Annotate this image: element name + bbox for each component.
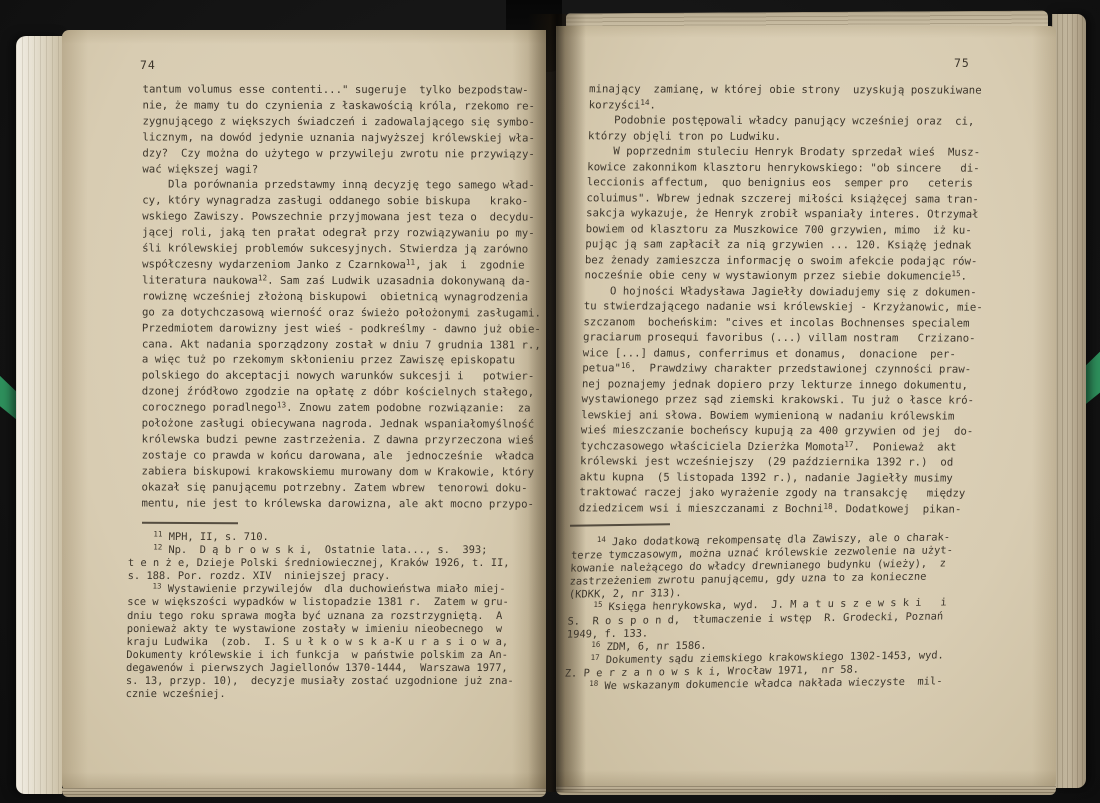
text-line: tychczasowego właściciela Dzierżka Momot… <box>580 438 979 455</box>
text-line: tantum volumus esse contenti..." sugeruj… <box>143 81 542 98</box>
text-line: zygnującego z większych świadczeń i zado… <box>142 113 541 130</box>
text-line: sakcja wykazuje, że Henryk zrobił wspani… <box>586 205 985 222</box>
text-line: dniu tego roku sprawa mogła być uznana z… <box>127 610 515 623</box>
text-line: królewska budzi pewne zastrzeżenia. Z da… <box>142 431 541 448</box>
text-line: literatura naukowa12. Sam zaś Ludwik uza… <box>142 272 541 289</box>
text-line: pując ją sam zapłacił za nią grzywien ..… <box>585 236 984 253</box>
text-line: zabiera biskupowi krakowskiemu murowany … <box>142 463 541 480</box>
text-line: którzy objęli tron po Ludwiku. <box>588 128 987 145</box>
text-line: tu stwierdzającego nadanie wsi królewski… <box>584 298 983 315</box>
text-line: licznym, na dowód jedynie uznania najwyż… <box>142 129 541 146</box>
text-line: korzyści14. <box>589 97 988 114</box>
text-line: jącej roli, jaką ten prałat odegrał przy… <box>142 225 541 242</box>
text-line: Dokumenty królewskie i ich funkcja w pań… <box>126 649 514 662</box>
right-page-body-text: minający zamianę, w której obie strony u… <box>579 81 989 516</box>
left-page-body-text: tantum volumus esse contenti..." sugeruj… <box>141 81 541 512</box>
text-line: sce w większości wypadków w listopadzie … <box>127 596 515 609</box>
text-line: położone zasługi obiecywana nagroda. Jed… <box>142 416 541 433</box>
text-line: zostaje co prawda w końcu darowana, ale … <box>142 447 541 464</box>
text-line: 11 MPH, II, s. 710. <box>128 531 516 544</box>
text-line: petua"16. Prawdziwy charakter przedstawi… <box>582 360 981 377</box>
text-line: śli królewskiej problemów sukcesyjnych. … <box>142 241 541 258</box>
left-page-edge-stack <box>16 36 62 794</box>
text-line: graciarum prosequi favoribus (...) villa… <box>583 329 982 346</box>
text-line: Dla porównania przedstawmy inną decyzję … <box>142 177 541 194</box>
text-line: cznie wcześniej. <box>126 688 514 701</box>
text-line: współczesny wydarzeniom Janko z Czarnkow… <box>142 256 541 273</box>
right-page-edge-stack <box>1052 14 1086 788</box>
left-page-footnotes: 11 MPH, II, s. 710. 12 Np. D ą b r o w s… <box>126 531 517 701</box>
text-line: nej poznajemy jednak dopiero przy lektur… <box>582 376 981 393</box>
text-line: dzy? Czy można do użytego w przywileju z… <box>142 145 541 162</box>
text-line: nocześnie obie ceny w wystawionym przez … <box>584 267 983 284</box>
text-line: okazał się panującemu potrzebny. Zatem w… <box>141 479 540 496</box>
right-page-number: 75 <box>954 56 970 70</box>
text-line: traktować raczej jako wyrażenie zgody na… <box>579 484 978 501</box>
left-page-number: 74 <box>140 58 156 72</box>
text-line: dziedzicem wsi i mieszczanami z Bochni18… <box>579 500 978 517</box>
text-line: szczanom bocheńskim: "cives et incolas B… <box>583 314 982 331</box>
text-line: O hojności Władysława Jagiełły dowiaduje… <box>584 283 983 300</box>
text-line: rowiznę wcześniej złożoną biskupowi obie… <box>142 288 541 305</box>
text-line: 13 Wystawienie przywilejów dla duchowień… <box>127 583 515 596</box>
text-line: cy, który wynagradza zasługi oddanego so… <box>142 193 541 210</box>
right-page-footnotes: 14 Jako dodatkową rekompensatę dla Zawis… <box>564 531 954 693</box>
text-line: mentu, nie jest to królewska darowizna, … <box>141 495 540 512</box>
text-line: dzonej źródłowo zgodzie na opłatę z dóbr… <box>142 384 541 401</box>
text-line: bez żenady zamieszcza informację o swoim… <box>585 252 984 269</box>
text-line: bowiem od klasztoru za Muszkowice 700 gr… <box>586 221 985 238</box>
text-line: W poprzednim stuleciu Henryk Brodaty spr… <box>587 143 986 160</box>
text-line: królewski jest wcześniejszy (29 paździer… <box>580 453 979 470</box>
text-line: kraju Ludwika (zob. I. S u ł k o w s k a… <box>126 636 514 649</box>
text-line: 12 Np. D ą b r o w s k i, Ostatnie lata.… <box>128 544 516 557</box>
text-line: coluimus". Wbrew jednak szczerej miłości… <box>586 190 985 207</box>
text-line: wieś mieszczanie bocheńscy kupują za 400… <box>581 422 980 439</box>
text-line: Podobnie postępowali władcy panujący wcz… <box>588 112 987 129</box>
text-line: wać większej wagi? <box>142 161 541 178</box>
text-line: Przedmiotem darowizny jest wieś - podkre… <box>142 320 541 337</box>
scanner-background: 74 75 tantum volumus esse contenti..." s… <box>0 0 1100 803</box>
text-line: leccionis affectum, quo benignius eos se… <box>587 174 986 191</box>
text-line: aktu kupna (5 listopada 1392 r.), nadani… <box>579 469 978 486</box>
text-line: wice [...] damus, conferrimus et donamus… <box>583 345 982 362</box>
text-line: kowice zakonnikom klasztoru henrykowskie… <box>587 159 986 176</box>
text-line: ponieważ akty te wystawione zostały w im… <box>127 623 515 636</box>
text-line: go za dotychczasową wierność oraz świeżo… <box>142 304 541 321</box>
text-line: corocznego poradlnego13. Znowu zatem pod… <box>142 400 541 417</box>
text-line: wystawionego przez sąd ziemski krakowski… <box>581 391 980 408</box>
text-line: t e n ż e, Dzieje Polski średniowiecznej… <box>128 557 516 570</box>
text-line: wskiego Zawiszy. Powszechnie przyjmowana… <box>142 209 541 226</box>
text-line: degawenów i pierwszych Jagiellonów 1370-… <box>126 662 514 675</box>
text-line: nie, że mamy tu do czynienia z łaskawośc… <box>142 97 541 114</box>
text-line: s. 13, przyp. 10), decyzje musiały zosta… <box>126 675 514 688</box>
text-line: cana. Akt nadania sporządzony został w d… <box>142 336 541 353</box>
text-line: minający zamianę, w której obie strony u… <box>589 81 988 98</box>
text-line: a więc tuż po rzekomym skłonieniu przez … <box>142 352 541 369</box>
text-line: lewskiej ani słowa. Bowiem wymienioną w … <box>581 407 980 424</box>
text-line: polskiego do akceptacji nowych warunków … <box>142 368 541 385</box>
text-line: s. 188. Por. rozdz. XIV niniejszej pracy… <box>128 570 516 583</box>
